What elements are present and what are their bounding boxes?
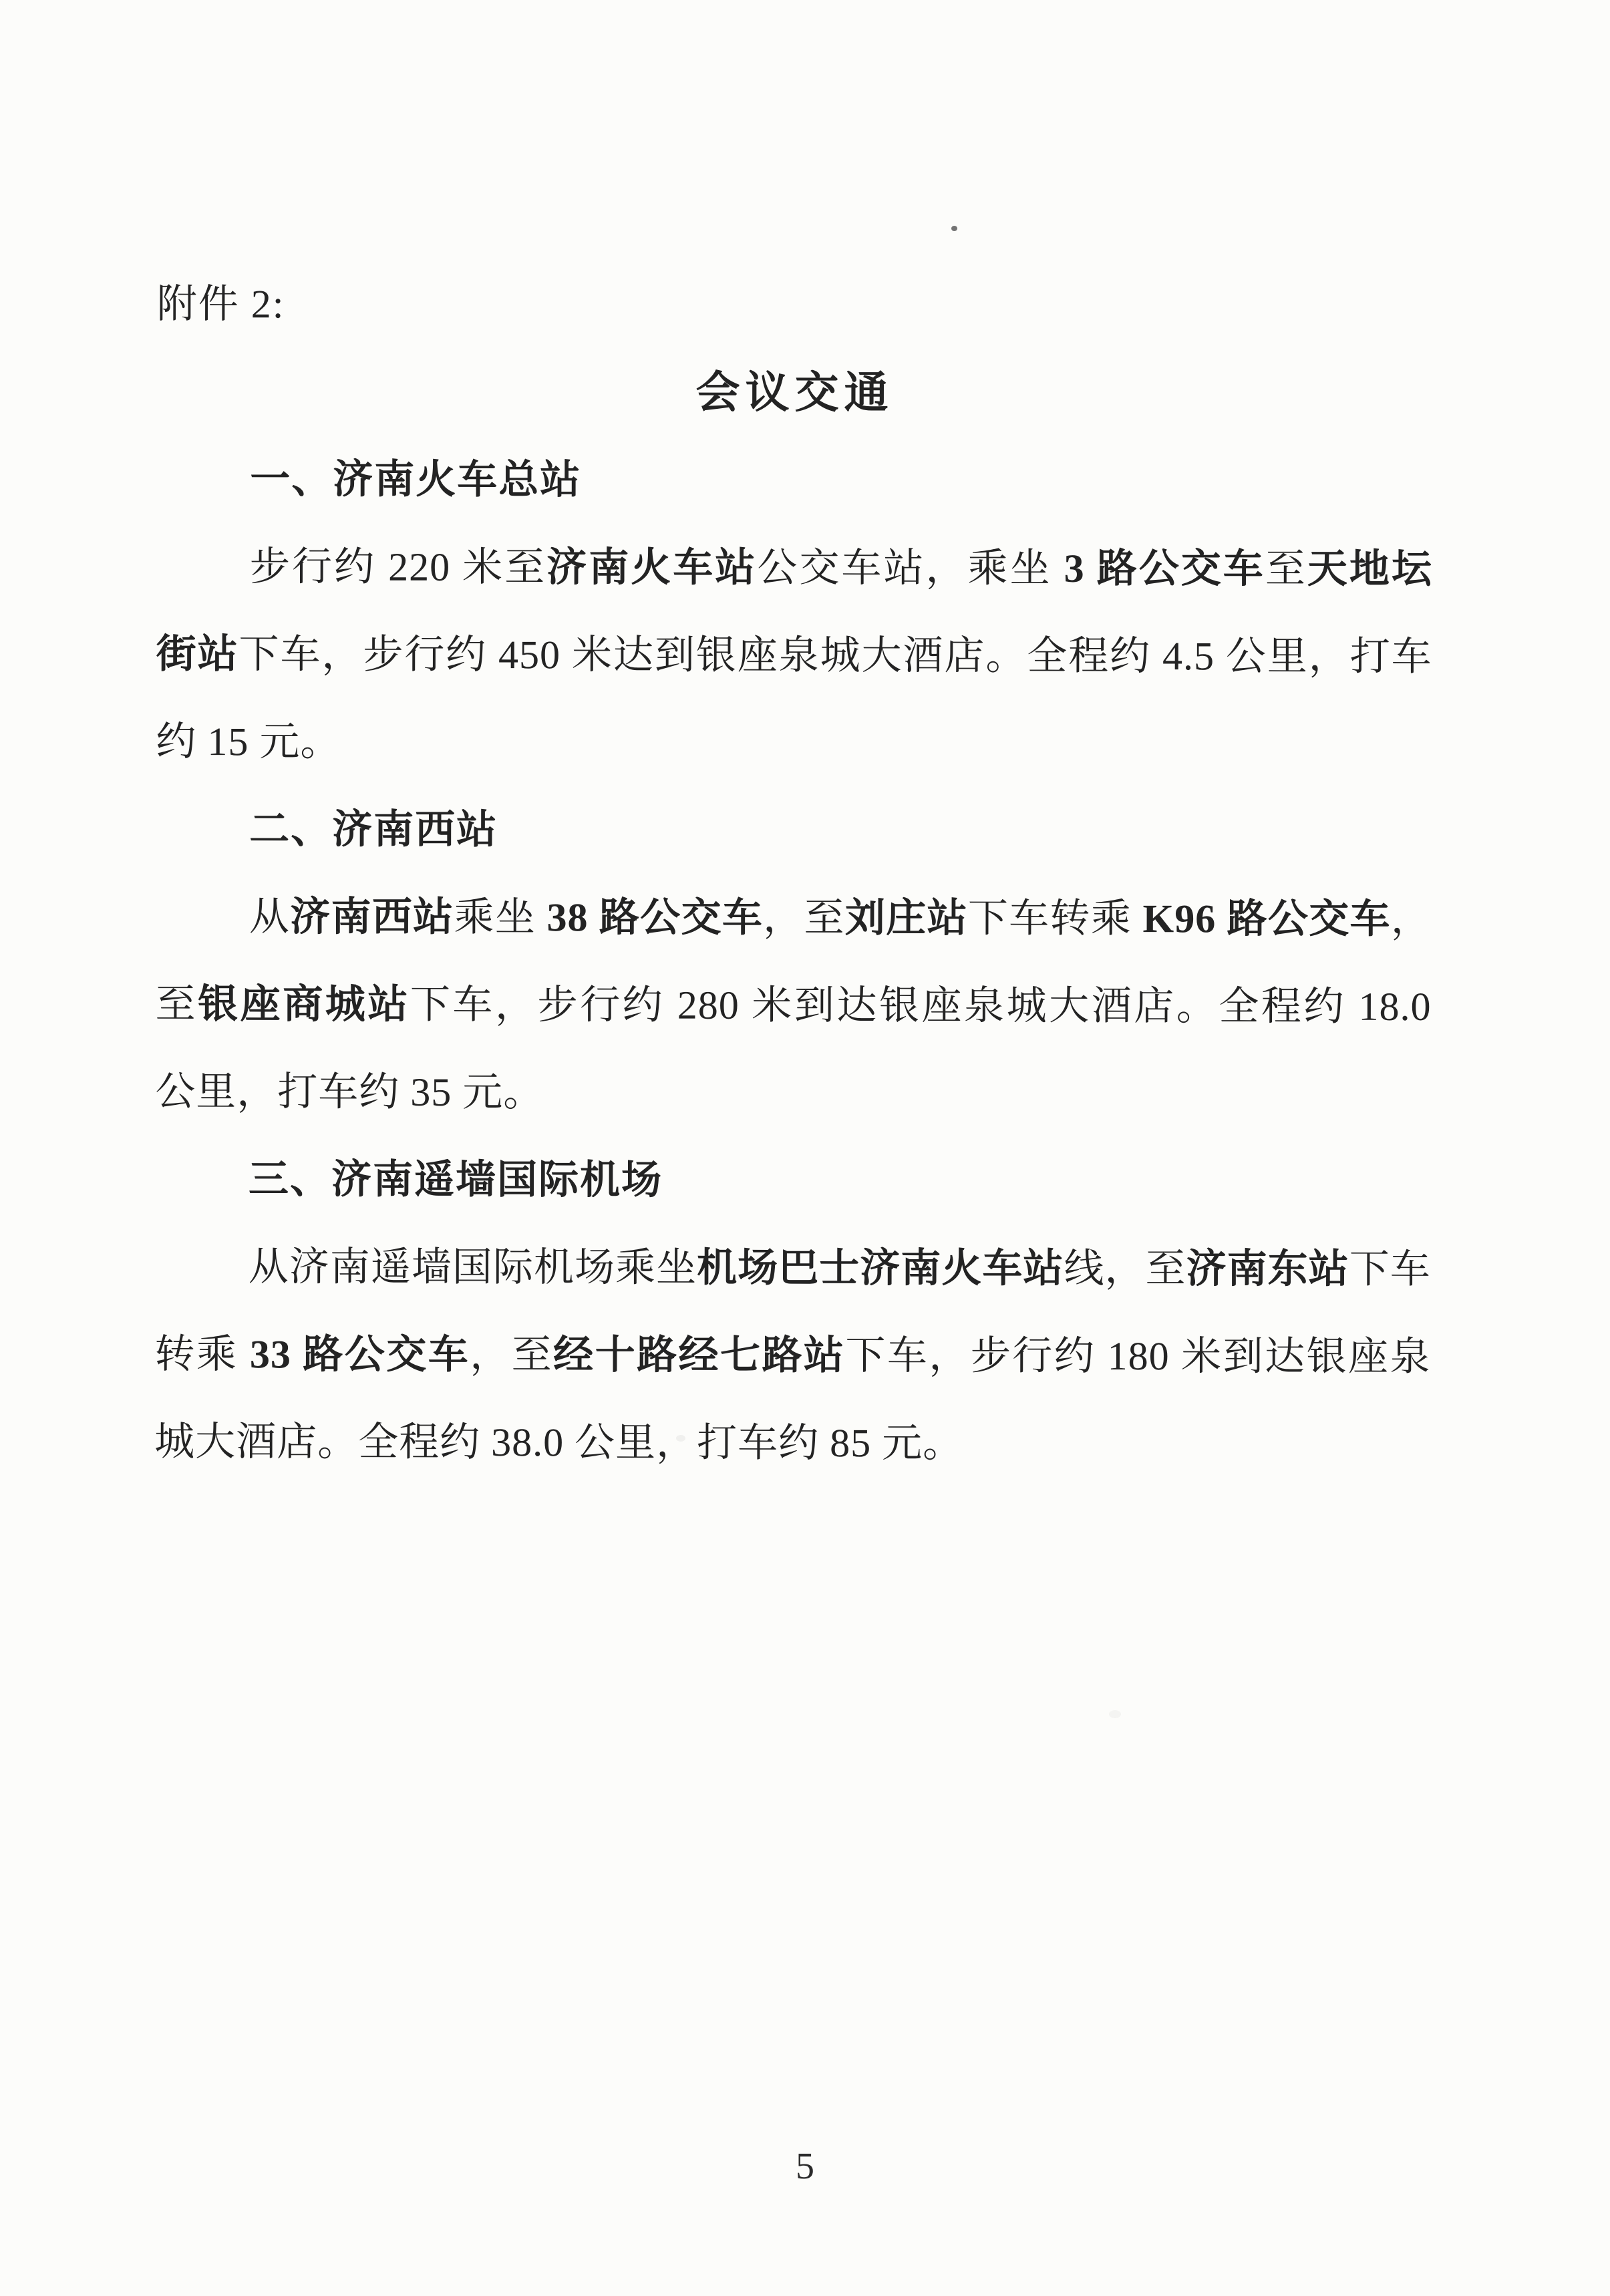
- attachment-label: 附件 2:: [157, 261, 1433, 351]
- emphasis-text: 刘庄站: [845, 896, 968, 940]
- body-text: ，至: [470, 1333, 553, 1377]
- section-paragraph: 从济南遥墙国际机场乘坐机场巴士济南火车站线，至济南东站下车转乘 33 路公交车，…: [154, 1223, 1431, 1488]
- emphasis-text: K96 路公交车: [1142, 896, 1390, 941]
- page-number: 5: [0, 2145, 1610, 2188]
- emphasis-text: 济南火车站: [546, 545, 757, 590]
- body-text: 线，至: [1064, 1247, 1186, 1291]
- body-text: 公交车站，乘坐: [757, 546, 1064, 591]
- section-paragraph: 步行约 220 米至济南火车站公交车站，乘坐 3 路公交车至天地坛街站下车，步行…: [156, 523, 1432, 788]
- body-text: ，至: [763, 896, 845, 940]
- document-page: 附件 2: 会议交通 一、济南火车总站步行约 220 米至济南火车站公交车站，乘…: [0, 0, 1610, 2296]
- body-text: 从: [249, 894, 290, 939]
- emphasis-text: 38 路公交车: [546, 895, 763, 940]
- sections-container: 一、济南火车总站步行约 220 米至济南火车站公交车站，乘坐 3 路公交车至天地…: [154, 436, 1432, 1488]
- emphasis-text: 济南东站: [1186, 1247, 1349, 1291]
- section-heading: 三、济南遥墙国际机场: [155, 1136, 1431, 1226]
- body-text: 步行约 220 米至: [250, 544, 546, 589]
- document-content: 附件 2: 会议交通 一、济南火车总站步行约 220 米至济南火车站公交车站，乘…: [154, 261, 1433, 1488]
- body-text: 下车，步行约 450 米达到银座泉城大酒店。全程约 4.5 公里，打车约 15 …: [156, 632, 1432, 764]
- emphasis-text: 机场巴士济南火车站: [697, 1246, 1064, 1291]
- emphasis-text: 3 路公交车: [1064, 546, 1265, 591]
- emphasis-text: 经十路经七路站: [553, 1333, 845, 1377]
- emphasis-text: 33 路公交车: [250, 1332, 470, 1377]
- body-text: 从济南遥墙国际机场乘坐: [249, 1245, 697, 1289]
- section-heading: 一、济南火车总站: [156, 436, 1432, 526]
- page-title: 会议交通: [156, 348, 1432, 438]
- body-text: 下车转乘: [968, 896, 1143, 941]
- body-text: 乘坐: [454, 895, 546, 939]
- scan-speck: [951, 226, 957, 231]
- body-text: 至: [1265, 546, 1307, 591]
- scan-smudge: [1109, 1710, 1121, 1718]
- emphasis-text: 银座商城站: [198, 982, 410, 1027]
- section-paragraph: 从济南西站乘坐 38 路公交车，至刘庄站下车转乘 K96 路公交车，至银座商城站…: [155, 873, 1432, 1138]
- section-heading: 二、济南西站: [156, 786, 1432, 876]
- emphasis-text: 济南西站: [290, 894, 454, 939]
